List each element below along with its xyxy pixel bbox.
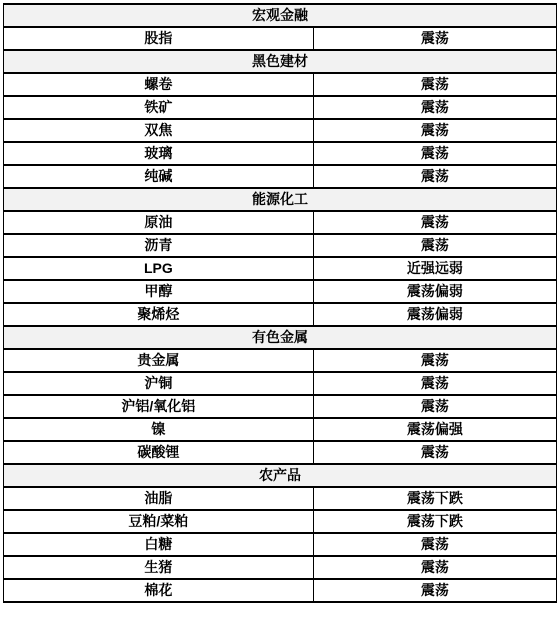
commodity-name: 铁矿 <box>4 96 314 119</box>
section-header-row: 农产品 <box>4 464 557 487</box>
commodity-name: 生猪 <box>4 556 314 579</box>
table-row: 甲醇震荡偏弱 <box>4 280 557 303</box>
outlook-value: 震荡 <box>313 119 556 142</box>
commodity-name: 股指 <box>4 27 314 50</box>
section-title: 能源化工 <box>4 188 557 211</box>
outlook-value: 震荡偏弱 <box>313 280 556 303</box>
outlook-value: 震荡 <box>313 533 556 556</box>
commodity-name: 棉花 <box>4 579 314 602</box>
section-title: 黑色建材 <box>4 50 557 73</box>
outlook-value: 震荡 <box>313 441 556 464</box>
table-row: 铁矿震荡 <box>4 96 557 119</box>
commodity-name: 螺卷 <box>4 73 314 96</box>
commodity-name: 碳酸锂 <box>4 441 314 464</box>
market-table-body: 宏观金融股指震荡黑色建材螺卷震荡铁矿震荡双焦震荡玻璃震荡纯碱震荡能源化工原油震荡… <box>4 4 557 602</box>
commodity-name: 原油 <box>4 211 314 234</box>
table-row: 贵金属震荡 <box>4 349 557 372</box>
table-row: 股指震荡 <box>4 27 557 50</box>
table-row: LPG近强远弱 <box>4 257 557 280</box>
commodity-name: 沪铜 <box>4 372 314 395</box>
outlook-value: 震荡 <box>313 73 556 96</box>
table-row: 原油震荡 <box>4 211 557 234</box>
outlook-value: 震荡 <box>313 211 556 234</box>
commodity-name: 白糖 <box>4 533 314 556</box>
table-row: 玻璃震荡 <box>4 142 557 165</box>
outlook-value: 震荡下跌 <box>313 487 556 510</box>
commodity-name: 镍 <box>4 418 314 441</box>
commodity-name: 纯碱 <box>4 165 314 188</box>
section-header-row: 能源化工 <box>4 188 557 211</box>
table-row: 镍震荡偏强 <box>4 418 557 441</box>
table-row: 沪铝/氧化铝震荡 <box>4 395 557 418</box>
market-outlook-table: 宏观金融股指震荡黑色建材螺卷震荡铁矿震荡双焦震荡玻璃震荡纯碱震荡能源化工原油震荡… <box>3 3 557 603</box>
section-header-row: 有色金属 <box>4 326 557 349</box>
commodity-name: 沥青 <box>4 234 314 257</box>
table-row: 双焦震荡 <box>4 119 557 142</box>
outlook-value: 震荡 <box>313 556 556 579</box>
commodity-name: 玻璃 <box>4 142 314 165</box>
commodity-name: 沪铝/氧化铝 <box>4 395 314 418</box>
table-row: 棉花震荡 <box>4 579 557 602</box>
table-row: 豆粕/菜粕震荡下跌 <box>4 510 557 533</box>
table-row: 沥青震荡 <box>4 234 557 257</box>
outlook-value: 震荡 <box>313 142 556 165</box>
commodity-name: 甲醇 <box>4 280 314 303</box>
outlook-value: 震荡 <box>313 234 556 257</box>
table-row: 生猪震荡 <box>4 556 557 579</box>
table-row: 白糖震荡 <box>4 533 557 556</box>
table-row: 油脂震荡下跌 <box>4 487 557 510</box>
table-row: 碳酸锂震荡 <box>4 441 557 464</box>
commodity-name: 油脂 <box>4 487 314 510</box>
outlook-value: 震荡 <box>313 579 556 602</box>
outlook-value: 震荡 <box>313 395 556 418</box>
commodity-name: 豆粕/菜粕 <box>4 510 314 533</box>
commodity-name: 聚烯烃 <box>4 303 314 326</box>
outlook-value: 震荡 <box>313 372 556 395</box>
section-title: 宏观金融 <box>4 4 557 27</box>
section-title: 农产品 <box>4 464 557 487</box>
table-row: 沪铜震荡 <box>4 372 557 395</box>
outlook-value: 震荡偏强 <box>313 418 556 441</box>
outlook-value: 震荡 <box>313 27 556 50</box>
section-header-row: 宏观金融 <box>4 4 557 27</box>
table-row: 聚烯烃震荡偏弱 <box>4 303 557 326</box>
outlook-value: 震荡 <box>313 165 556 188</box>
table-row: 螺卷震荡 <box>4 73 557 96</box>
outlook-value: 近强远弱 <box>313 257 556 280</box>
outlook-value: 震荡偏弱 <box>313 303 556 326</box>
commodity-name: LPG <box>4 257 314 280</box>
commodity-name: 双焦 <box>4 119 314 142</box>
table-row: 纯碱震荡 <box>4 165 557 188</box>
outlook-value: 震荡 <box>313 96 556 119</box>
commodity-name: 贵金属 <box>4 349 314 372</box>
outlook-value: 震荡 <box>313 349 556 372</box>
section-header-row: 黑色建材 <box>4 50 557 73</box>
outlook-value: 震荡下跌 <box>313 510 556 533</box>
section-title: 有色金属 <box>4 326 557 349</box>
